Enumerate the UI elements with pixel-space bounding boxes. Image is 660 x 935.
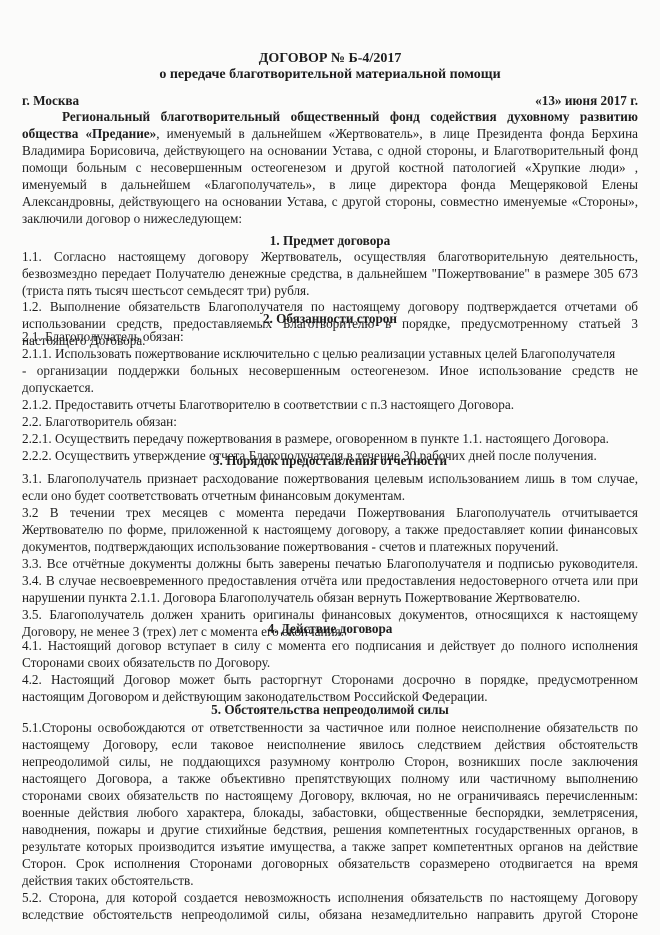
clause-line: Жертвователю по форме, приложенной к нас…: [22, 522, 638, 537]
city: г. Москва: [22, 93, 79, 108]
clause-line: 4.1. Настоящий договор вступает в силу с…: [22, 638, 638, 653]
clause-line: - организации поддержки больных несоверш…: [22, 363, 638, 378]
preamble-line: общества «Предание», именуемый в дальней…: [22, 126, 638, 141]
clause-line: 3.3. Все отчётные документы должны быть …: [22, 556, 638, 571]
clause-line: настоящего Договора, а также объективно …: [22, 771, 638, 786]
clause-line: если оно будет соответствовать отчетным …: [22, 488, 638, 503]
clause-line: 3.2 В течении трех месяцев с момента пер…: [22, 505, 638, 520]
clause-line: Сторон. Срок исполнения Сторонами догово…: [22, 856, 638, 871]
clause-line: 3.1. Благополучатель признает расходован…: [22, 471, 638, 486]
clause-line: действия таких обстоятельств.: [22, 873, 638, 888]
clause-line: 2.1.2. Предоставить отчеты Благотворител…: [22, 397, 638, 412]
clause-line: допускается.: [22, 380, 638, 395]
clause-line: 2.1. Благополучатель обязан:: [22, 329, 638, 344]
clause-line: 2.1.1. Использовать пожертвование исключ…: [22, 346, 638, 361]
clause-line: непреодолимой силы, не поддающихся разум…: [22, 754, 638, 769]
clause-line: военные действия любого характера, блока…: [22, 805, 638, 820]
donor-name: общества «Предание»: [22, 126, 156, 141]
section-heading: 1. Предмет договора: [22, 233, 638, 248]
clause-line: Сторонами своих обязательств по Договору…: [22, 655, 638, 670]
section-heading: 5. Обстоятельства непреодолимой силы: [22, 702, 638, 717]
preamble-line: Региональный благотворительный обществен…: [22, 109, 638, 124]
document-title: ДОГОВОР № Б-4/2017: [22, 51, 638, 66]
document-subtitle: о передаче благотворительной материально…: [22, 67, 638, 82]
contract-page: ДОГОВОР № Б-4/2017 о передаче благотвори…: [0, 0, 660, 935]
clause-line: наводнения, пожары и другие стихийные бе…: [22, 822, 638, 837]
clause-line: 2.2.1. Осуществить передачу пожертвовани…: [22, 431, 638, 446]
clause-line: (триста пять тысяч шестьсот семьдесят тр…: [22, 283, 638, 298]
clause-line: безвозмездно передает Получателю денежны…: [22, 266, 638, 281]
preamble-line: именуемый в дальнейшем «Благополучатель»…: [22, 177, 638, 192]
clause-line: сторонами своих обязательств по настояще…: [22, 788, 638, 803]
clause-line: результате которых производится изъятие …: [22, 839, 638, 854]
preamble-line: заключили договор о нижеследующем:: [22, 211, 638, 226]
clause-line: 5.1.Стороны освобождаются от ответственн…: [22, 720, 638, 735]
preamble-line: Александровны, действующего на основании…: [22, 194, 638, 209]
preamble-line: помощи больным с несовершенным остеогене…: [22, 160, 638, 175]
section-heading: 4. Действие договора: [22, 621, 638, 636]
clause-line: 3.5. Благополучатель должен хранить ориг…: [22, 607, 638, 622]
clause-line: нарушении пункта 2.1.1. Договора Благопо…: [22, 590, 638, 605]
clause-line: 5.2. Сторона, для которой создается нево…: [22, 890, 638, 905]
clause-line: документов, подтверждающих использование…: [22, 539, 638, 554]
section-heading: 2. Обязанности сторон: [22, 311, 638, 326]
clause-line: настоящему Договору, если таковое неиспо…: [22, 737, 638, 752]
city-date-line: г. Москва «13» июня 2017 г.: [22, 93, 638, 108]
clause-line: 4.2. Настоящий Договор может быть растор…: [22, 672, 638, 687]
clause-line: вследствие обстоятельств непреодолимой с…: [22, 907, 638, 922]
clause-line: 3.4. В случае несвоевременного предостав…: [22, 573, 638, 588]
clause-line: 1.1. Согласно настоящему договору Жертво…: [22, 249, 638, 264]
preamble-line: Владимира Борисовича, действующего на ос…: [22, 143, 638, 158]
section-heading: 3. Порядок предоставления отчетности: [22, 453, 638, 468]
clause-line: 2.2. Благотворитель обязан:: [22, 414, 638, 429]
contract-date: «13» июня 2017 г.: [535, 93, 638, 108]
